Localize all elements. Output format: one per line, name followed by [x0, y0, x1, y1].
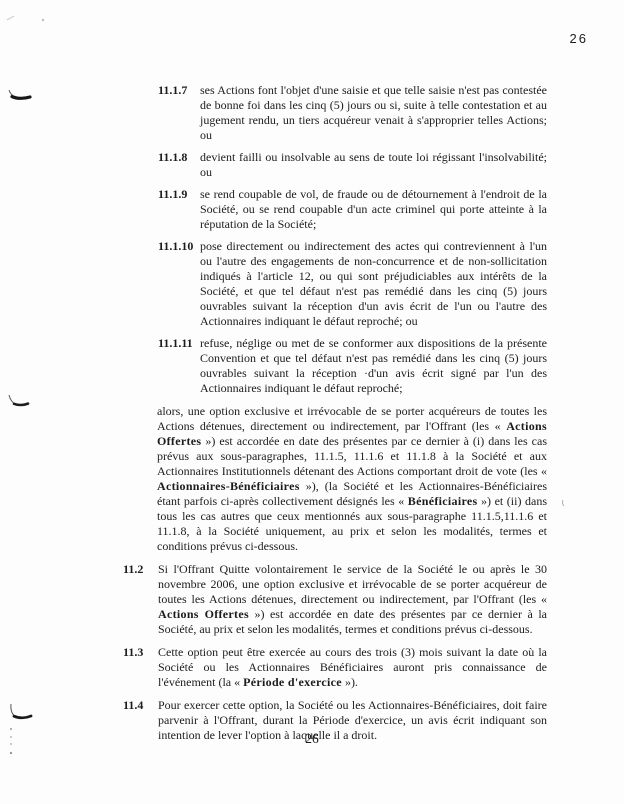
clause-11-2: 11.2 Si l'Offrant Quitte volontairement … — [0, 562, 624, 637]
clause-text: pose directement ou indirectement des ac… — [200, 239, 547, 329]
ink-speck-top — [41, 9, 45, 27]
clause-text: Si l'Offrant Quitte volontairement le se… — [158, 562, 547, 637]
clause-number: 11.1.10 — [158, 239, 200, 329]
defined-term-actionnaires-beneficiaires: Actionnaires-Bénéficiaires — [157, 479, 300, 493]
defined-term-periode-exercice: Période d'exercice — [243, 675, 342, 689]
clause-number: 11.1.7 — [158, 83, 200, 143]
clause-11-3: 11.3 Cette option peut être exercée au c… — [0, 645, 624, 690]
clause-text: se rend coupable de vol, de fraude ou de… — [200, 187, 547, 232]
clause-text: devient failli ou insolvable au sens de … — [200, 150, 547, 180]
clause-number: 11.2 — [123, 562, 158, 637]
clause-number: 11.3 — [123, 645, 158, 690]
clause-11-1-11: 11.1.11 refuse, néglige ou met de se con… — [0, 336, 624, 396]
clause-11-1-10: 11.1.10 pose directement ou indirectemen… — [0, 239, 624, 329]
clause-number: 11.1.11 — [158, 336, 200, 396]
clause-text: Cette option peut être exercée au cours … — [158, 645, 547, 690]
clause-number: 11.1.9 — [158, 187, 200, 232]
clause-11-1-9: 11.1.9 se rend coupable de vol, de fraud… — [0, 187, 624, 232]
page-number-bottom: 26 — [0, 731, 624, 747]
clause-text-part: Si l'Offrant Quitte volontairement le se… — [158, 562, 547, 606]
defined-term-actions-offertes: Actions Offertes — [158, 607, 249, 621]
clause-text-part: »). — [342, 675, 358, 689]
closing-text-part: alors, une option exclusive et irrévocab… — [157, 404, 547, 433]
clause-text: ses Actions font l'objet d'une saisie et… — [200, 83, 547, 143]
document-body: 11.1.7 ses Actions font l'objet d'une sa… — [0, 83, 624, 751]
ink-speck-top-left — [6, 9, 16, 27]
clause-11-1-8: 11.1.8 devient failli ou insolvable au s… — [0, 150, 624, 180]
clause-text: refuse, néglige ou met de se conformer a… — [200, 336, 547, 396]
page-number-top: 26 — [570, 31, 588, 46]
scanned-page: 26 11.1.7 ses Actions font l'objet d'une… — [0, 0, 624, 804]
clause-11-1-7: 11.1.7 ses Actions font l'objet d'une sa… — [0, 83, 624, 143]
closing-text-part: ») est accordée en date des présentes pa… — [157, 434, 547, 478]
defined-term-beneficiaires: Bénéficiaires — [408, 494, 478, 508]
closing-paragraph: alors, une option exclusive et irrévocab… — [157, 404, 547, 554]
clause-number: 11.1.8 — [158, 150, 200, 180]
